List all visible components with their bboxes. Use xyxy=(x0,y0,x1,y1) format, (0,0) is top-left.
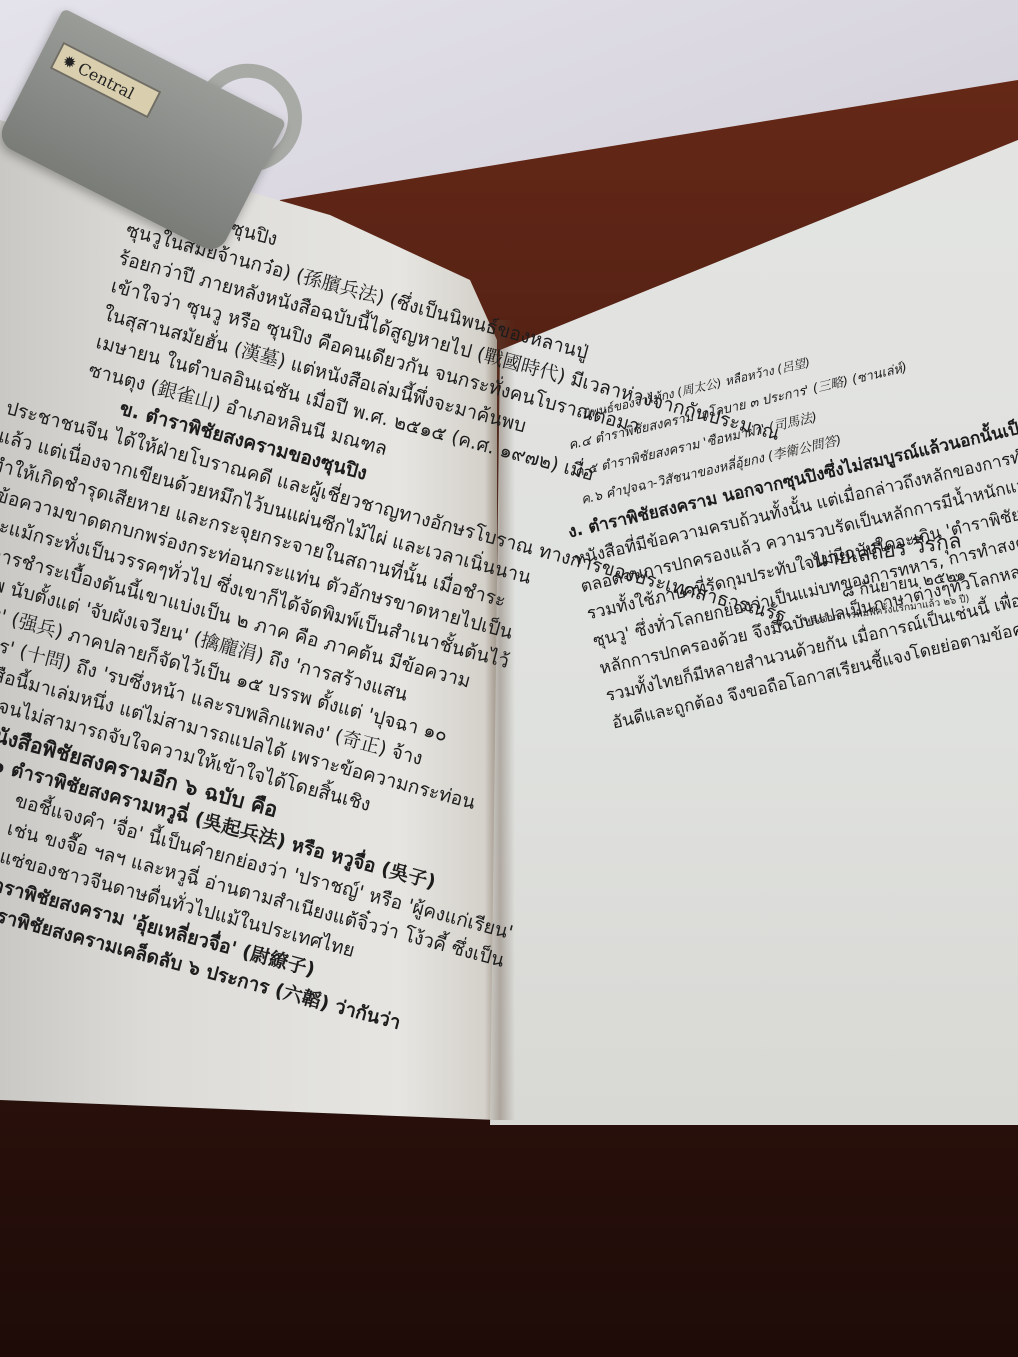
item-number: ค.๑ xyxy=(0,749,8,779)
